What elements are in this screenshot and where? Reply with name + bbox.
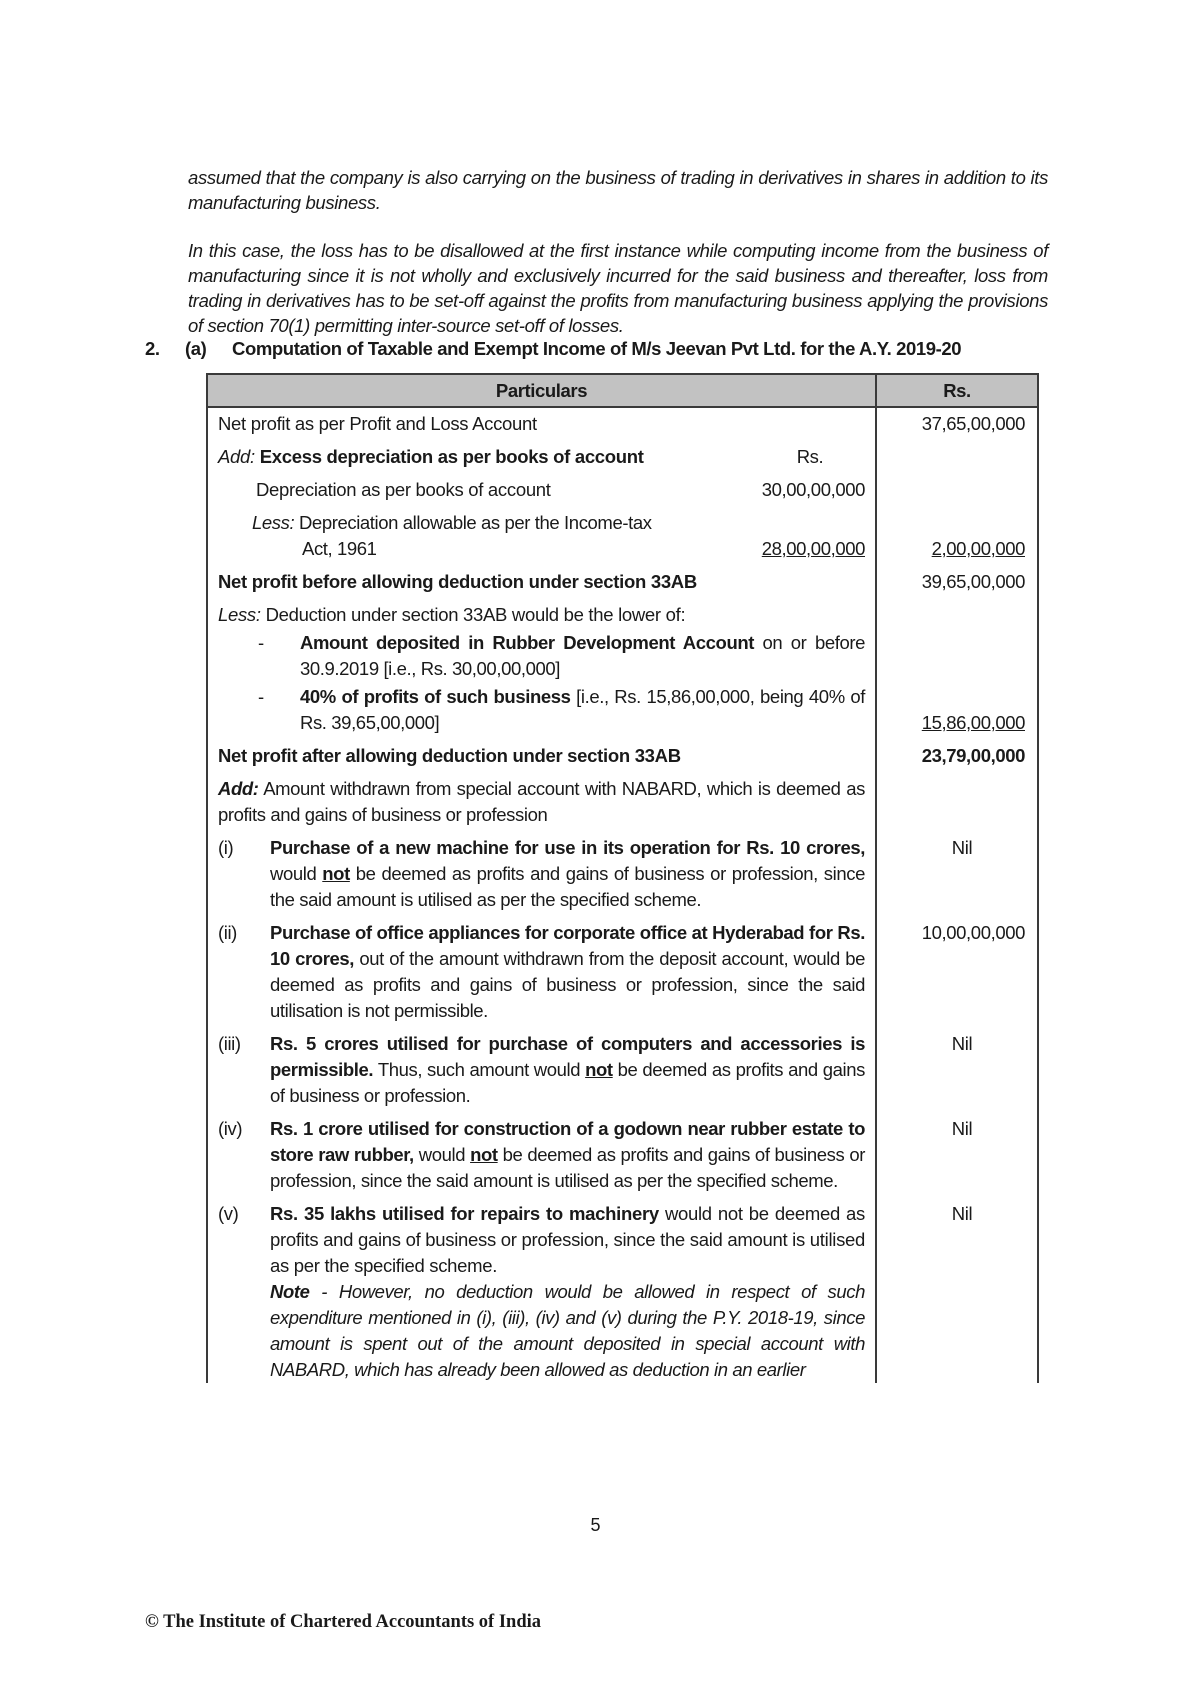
row-label: (i)Purchase of a new machine for use in …	[207, 832, 876, 917]
list-item: - Amount deposited in Rubber Development…	[218, 628, 865, 682]
page-number: 5	[0, 1515, 1191, 1536]
table-row: (ii)Purchase of office appliances for co…	[207, 917, 1038, 1028]
row-label: (v)Rs. 35 lakhs utilised for repairs to …	[207, 1198, 876, 1383]
row-label: (iii)Rs. 5 crores utilised for purchase …	[207, 1028, 876, 1113]
row-amount: 10,00,00,000	[876, 917, 1038, 1028]
header-particulars: Particulars	[207, 374, 876, 407]
row-amount: Nil	[876, 1113, 1038, 1198]
table-row: Net profit after allowing deduction unde…	[207, 740, 1038, 773]
row-label: Less: Depreciation allowable as per the …	[207, 507, 876, 566]
row-label: (iv)Rs. 1 crore utilised for constructio…	[207, 1113, 876, 1198]
row-label: Add: Amount withdrawn from special accou…	[207, 773, 876, 832]
row-amount: 15,86,00,000	[922, 712, 1025, 733]
question-sub-part: (a)	[185, 338, 206, 360]
table-row: (iv)Rs. 1 crore utilised for constructio…	[207, 1113, 1038, 1198]
sub-amount: 28,00,00,000	[755, 536, 865, 562]
row-amount: 37,65,00,000	[876, 407, 1038, 441]
row-label: Net profit after allowing deduction unde…	[207, 740, 876, 773]
table-row: Net profit as per Profit and Loss Accoun…	[207, 407, 1038, 441]
table-row: Net profit before allowing deduction und…	[207, 566, 1038, 599]
sub-column-label: Rs.	[755, 444, 865, 470]
table-row: Depreciation as per books of account 30,…	[207, 474, 1038, 507]
intro-paragraph-2: In this case, the loss has to be disallo…	[188, 238, 1048, 338]
table-row: Add: Excess depreciation as per books of…	[207, 441, 1038, 474]
table-row: (i)Purchase of a new machine for use in …	[207, 832, 1038, 917]
row-amount: 39,65,00,000	[876, 566, 1038, 599]
row-label: (ii)Purchase of office appliances for co…	[207, 917, 876, 1028]
row-label: Add: Excess depreciation as per books of…	[207, 441, 876, 474]
note: Note - However, no deduction would be al…	[218, 1279, 865, 1383]
header-amount: Rs.	[876, 374, 1038, 407]
sub-amount: 30,00,00,000	[755, 477, 865, 503]
row-amount: Nil	[876, 1028, 1038, 1113]
row-label: Net profit before allowing deduction und…	[207, 566, 876, 599]
table-row: (iii)Rs. 5 crores utilised for purchase …	[207, 1028, 1038, 1113]
row-amount: 2,00,00,000	[932, 538, 1025, 559]
table-header-row: Particulars Rs.	[207, 374, 1038, 407]
row-amount: Nil	[876, 1198, 1038, 1383]
table-row: Less: Depreciation allowable as per the …	[207, 507, 1038, 566]
table-row: Add: Amount withdrawn from special accou…	[207, 773, 1038, 832]
row-label: Depreciation as per books of account 30,…	[207, 474, 876, 507]
row-label: Net profit as per Profit and Loss Accoun…	[207, 407, 876, 441]
list-item: - 40% of profits of such business [i.e.,…	[218, 682, 865, 736]
intro-paragraph-1: assumed that the company is also carryin…	[188, 165, 1048, 215]
table-row: (v)Rs. 35 lakhs utilised for repairs to …	[207, 1198, 1038, 1383]
row-label: Less: Deduction under section 33AB would…	[207, 599, 876, 740]
table-row: Less: Deduction under section 33AB would…	[207, 599, 1038, 740]
footer-copyright: © The Institute of Chartered Accountants…	[145, 1612, 541, 1633]
computation-table: Particulars Rs. Net profit as per Profit…	[206, 373, 1039, 1383]
row-amount: 23,79,00,000	[876, 740, 1038, 773]
question-title: Computation of Taxable and Exempt Income…	[232, 338, 961, 360]
question-number: 2.	[145, 338, 160, 360]
row-amount: Nil	[876, 832, 1038, 917]
